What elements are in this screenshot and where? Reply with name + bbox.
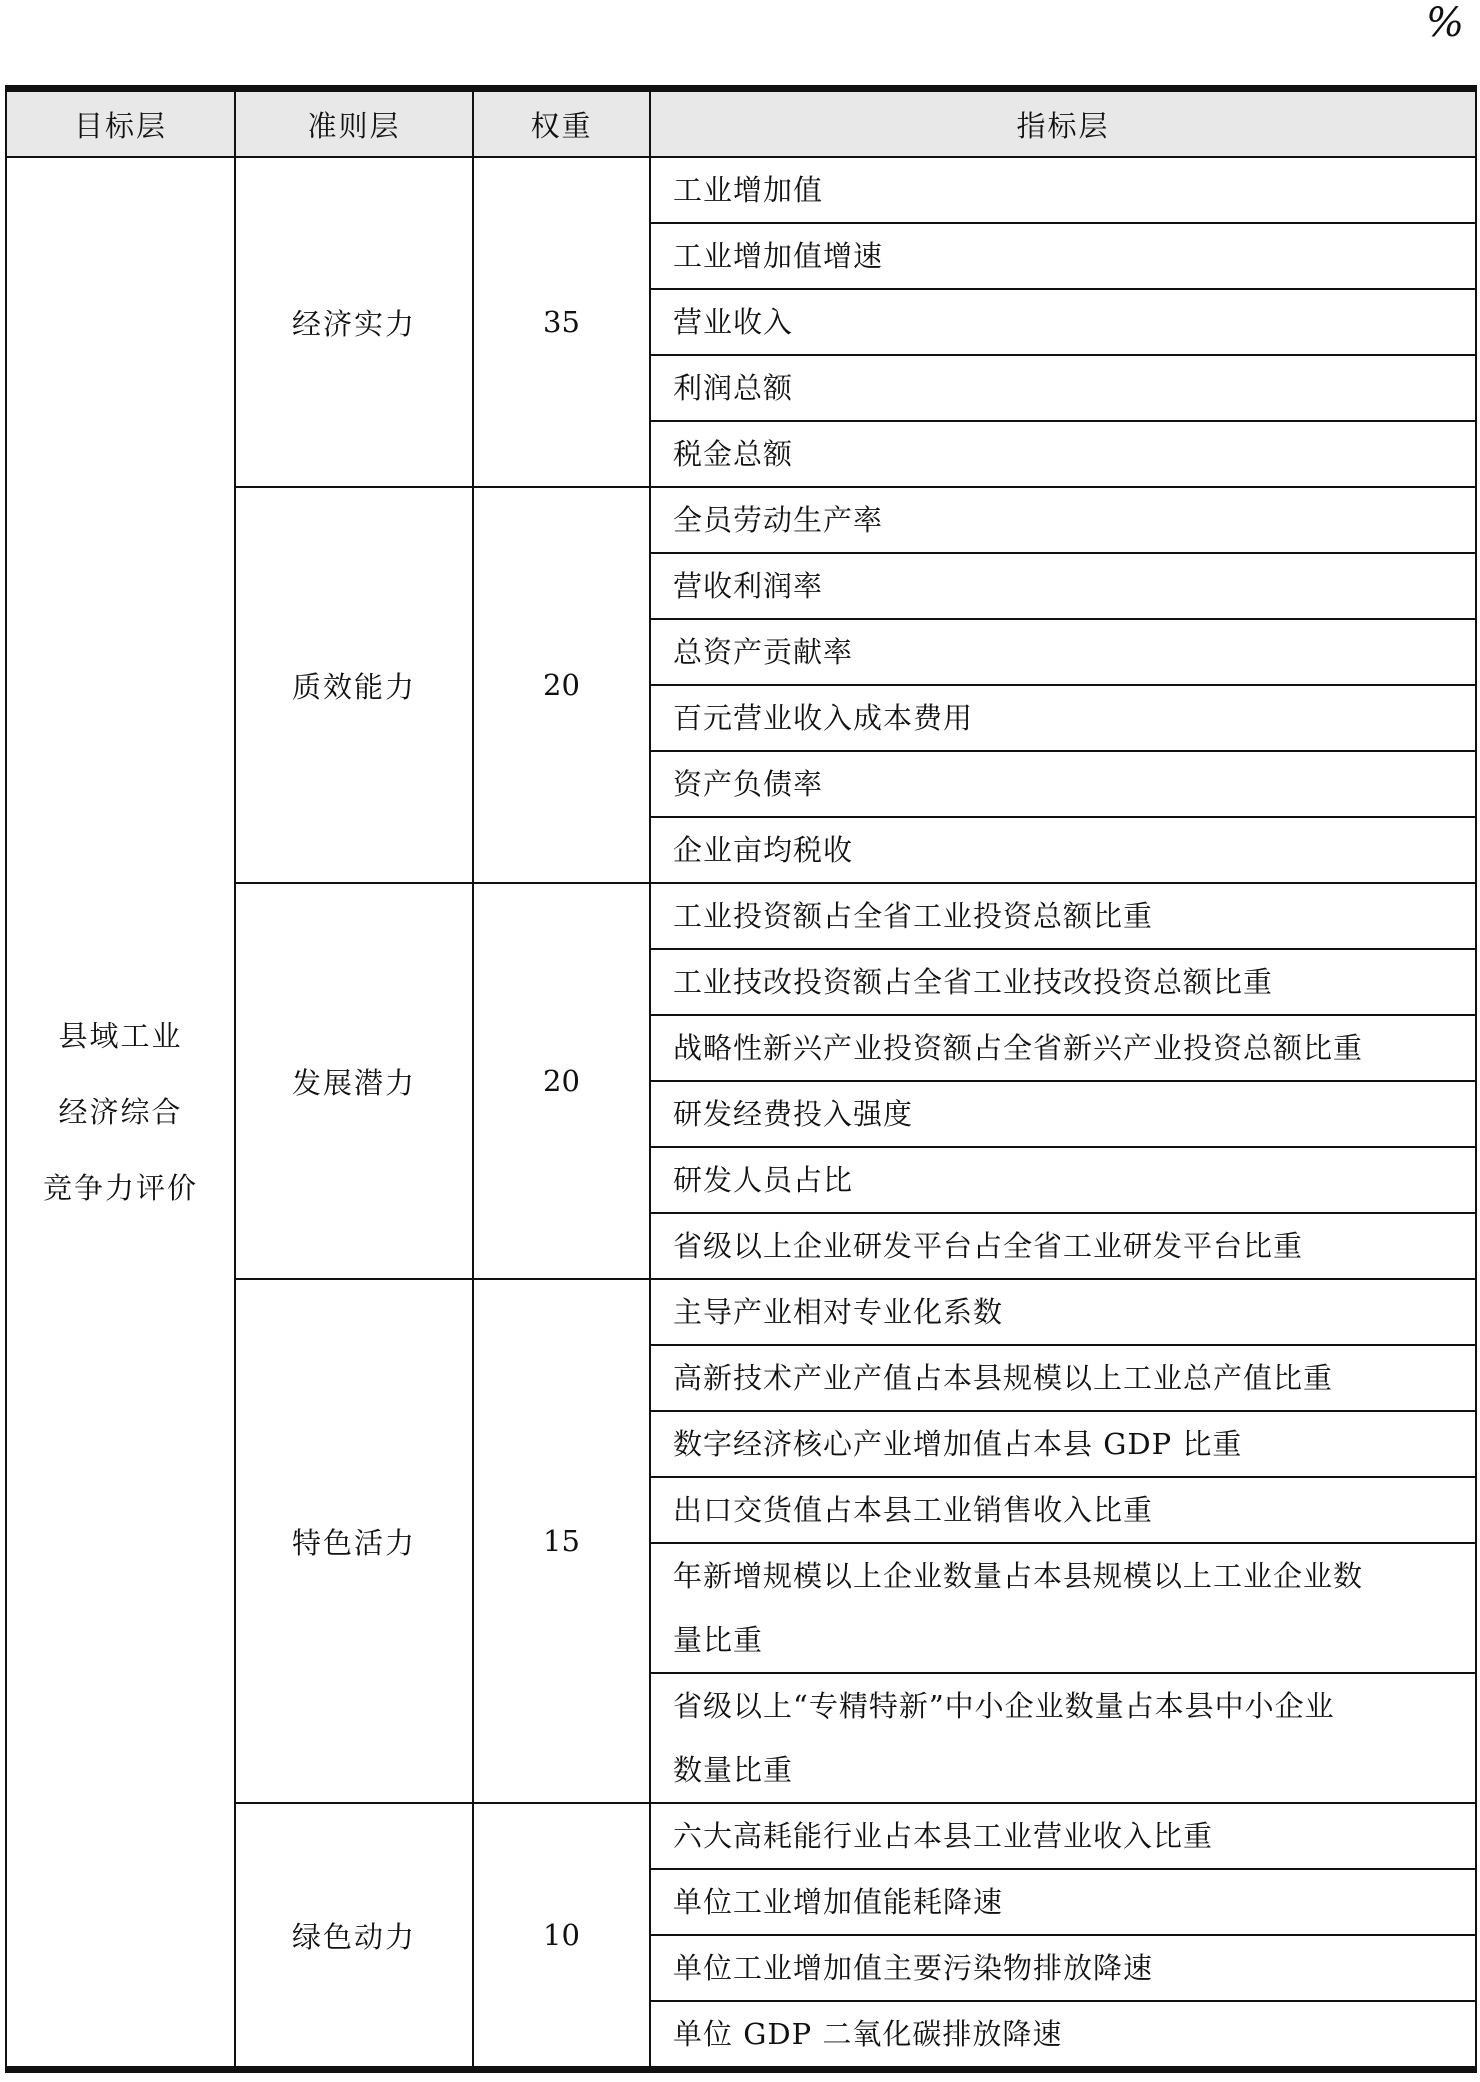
indicator-cell: 利润总额 xyxy=(650,355,1476,421)
target-line: 经济综合 xyxy=(8,1074,233,1150)
indicator-cell: 总资产贡献率 xyxy=(650,619,1476,685)
indicator-cell: 研发经费投入强度 xyxy=(650,1081,1476,1147)
column-header-weight: 权重 xyxy=(473,89,650,158)
indicator-cell: 工业增加值增速 xyxy=(650,223,1476,289)
indicator-cell: 全员劳动生产率 xyxy=(650,487,1476,553)
indicator-cell: 工业技改投资额占全省工业技改投资总额比重 xyxy=(650,949,1476,1015)
indicator-cell: 年新增规模以上企业数量占本县规模以上工业企业数 量比重 xyxy=(650,1543,1476,1673)
column-header-target-layer: 目标层 xyxy=(6,89,235,158)
indicator-cell: 出口交货值占本县工业销售收入比重 xyxy=(650,1477,1476,1543)
indicator-cell: 单位工业增加值能耗降速 xyxy=(650,1869,1476,1935)
indicator-cell: 数字经济核心产业增加值占本县 GDP 比重 xyxy=(650,1411,1476,1477)
column-header-criteria-layer: 准则层 xyxy=(235,89,473,158)
indicator-cell: 省级以上企业研发平台占全省工业研发平台比重 xyxy=(650,1213,1476,1279)
indicator-cell: 战略性新兴产业投资额占全省新兴产业投资总额比重 xyxy=(650,1015,1476,1081)
indicator-cell: 单位 GDP 二氧化碳排放降速 xyxy=(650,2001,1476,2070)
indicator-cell: 主导产业相对专业化系数 xyxy=(650,1279,1476,1345)
indicator-cell: 营收利润率 xyxy=(650,553,1476,619)
indicator-cell: 营业收入 xyxy=(650,289,1476,355)
target-cell: 县域工业经济综合竞争力评价 xyxy=(6,157,235,2070)
weight-cell: 20 xyxy=(473,883,650,1279)
weight-cell: 15 xyxy=(473,1279,650,1803)
criteria-cell: 绿色动力 xyxy=(235,1803,473,2070)
evaluation-table: 目标层 准则层 权重 指标层 县域工业经济综合竞争力评价经济实力35工业增加值工… xyxy=(5,85,1477,2073)
target-line: 县域工业 xyxy=(8,998,233,1074)
indicator-cell: 研发人员占比 xyxy=(650,1147,1476,1213)
indicator-cell: 工业增加值 xyxy=(650,157,1476,223)
weight-cell: 20 xyxy=(473,487,650,883)
criteria-cell: 特色活力 xyxy=(235,1279,473,1803)
indicator-cell: 单位工业增加值主要污染物排放降速 xyxy=(650,1935,1476,2001)
indicator-cell: 高新技术产业产值占本县规模以上工业总产值比重 xyxy=(650,1345,1476,1411)
indicator-cell: 省级以上“专精特新”中小企业数量占本县中小企业 数量比重 xyxy=(650,1673,1476,1803)
indicator-cell: 资产负债率 xyxy=(650,751,1476,817)
weight-cell: 35 xyxy=(473,157,650,487)
criteria-cell: 经济实力 xyxy=(235,157,473,487)
table-body: 县域工业经济综合竞争力评价经济实力35工业增加值工业增加值增速营业收入利润总额税… xyxy=(6,157,1476,2070)
indicator-cell: 企业亩均税收 xyxy=(650,817,1476,883)
indicator-cell: 税金总额 xyxy=(650,421,1476,487)
target-line: 竞争力评价 xyxy=(8,1150,233,1226)
criteria-cell: 发展潜力 xyxy=(235,883,473,1279)
indicator-cell: 六大高耗能行业占本县工业营业收入比重 xyxy=(650,1803,1476,1869)
weight-cell: 10 xyxy=(473,1803,650,2070)
table-header-row: 目标层 准则层 权重 指标层 xyxy=(6,89,1476,158)
table-row: 县域工业经济综合竞争力评价经济实力35工业增加值 xyxy=(6,157,1476,223)
criteria-cell: 质效能力 xyxy=(235,487,473,883)
unit-note: % xyxy=(1426,0,1464,46)
indicator-cell: 百元营业收入成本费用 xyxy=(650,685,1476,751)
column-header-indicator-layer: 指标层 xyxy=(650,89,1476,158)
indicator-cell: 工业投资额占全省工业投资总额比重 xyxy=(650,883,1476,949)
